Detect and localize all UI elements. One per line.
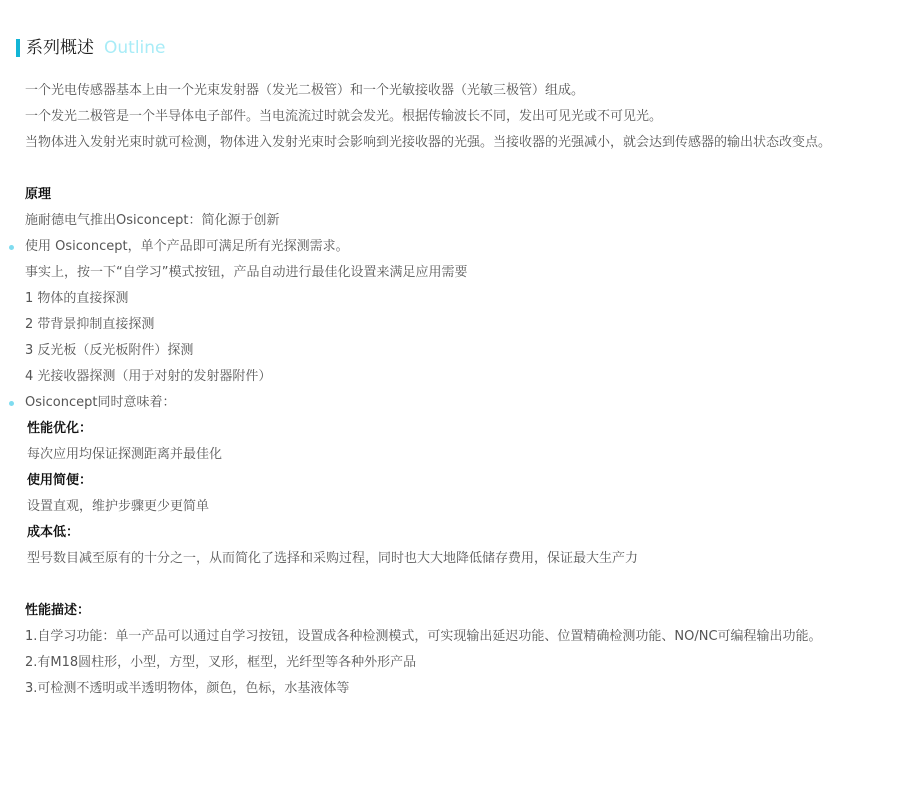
performance-heading: 性能描述： <box>25 598 870 624</box>
intro-line-1: 一个光电传感器基本上由一个光束发射器（发光二极管）和一个光敏接收器（光敏三极管）… <box>25 78 870 104</box>
intro-line-3: 当物体进入发射光束时就可检测，物体进入发射光束时会影响到光接收器的光强。当接收器… <box>25 130 870 156</box>
bullet-item: Osiconcept同时意味着： <box>25 390 870 416</box>
benefit-title: 成本低： <box>25 520 870 546</box>
principle-fact: 事实上，按一下“自学习”模式按钮，产品自动进行最佳化设置来满足应用需要 <box>25 260 870 286</box>
bullet-item: 使用 Osiconcept，单个产品即可满足所有光探测需求。 <box>25 234 870 260</box>
mode-item: 1 物体的直接探测 <box>25 286 870 312</box>
section-header: 系列概述 Outline <box>16 38 166 58</box>
section-title-cn: 系列概述 <box>26 38 94 58</box>
performance-item: 3.可检测不透明或半透明物体，颜色，色标，水基液体等 <box>25 676 870 702</box>
benefit-text: 型号数目减至原有的十分之一，从而简化了选择和采购过程，同时也大大地降低储存费用，… <box>25 546 870 572</box>
performance-item: 1.自学习功能：单一产品可以通过自学习按钮，设置成各种检测模式，可实现输出延迟功… <box>25 624 870 650</box>
mode-item: 4 光接收器探测（用于对射的发射器附件） <box>25 364 870 390</box>
performance-item: 2.有M18圆柱形，小型，方型，叉形，框型，光纤型等各种外形产品 <box>25 650 870 676</box>
mode-item: 3 反光板（反光板附件）探测 <box>25 338 870 364</box>
benefit-title: 性能优化： <box>25 416 870 442</box>
benefit-text: 设置直观，维护步骤更少更简单 <box>25 494 870 520</box>
intro-line-2: 一个发光二极管是一个半导体电子部件。当电流流过时就会发光。根据传输波长不同，发出… <box>25 104 870 130</box>
section-title-en: Outline <box>104 38 166 58</box>
mode-item: 2 带背景抑制直接探测 <box>25 312 870 338</box>
article-body: 一个光电传感器基本上由一个光束发射器（发光二极管）和一个光敏接收器（光敏三极管）… <box>25 78 870 702</box>
benefit-text: 每次应用均保证探测距离并最佳化 <box>25 442 870 468</box>
principle-heading: 原理 <box>25 182 870 208</box>
principle-subtitle: 施耐德电气推出Osiconcept：简化源于创新 <box>25 208 870 234</box>
accent-bar <box>16 39 20 57</box>
benefit-title: 使用简便： <box>25 468 870 494</box>
